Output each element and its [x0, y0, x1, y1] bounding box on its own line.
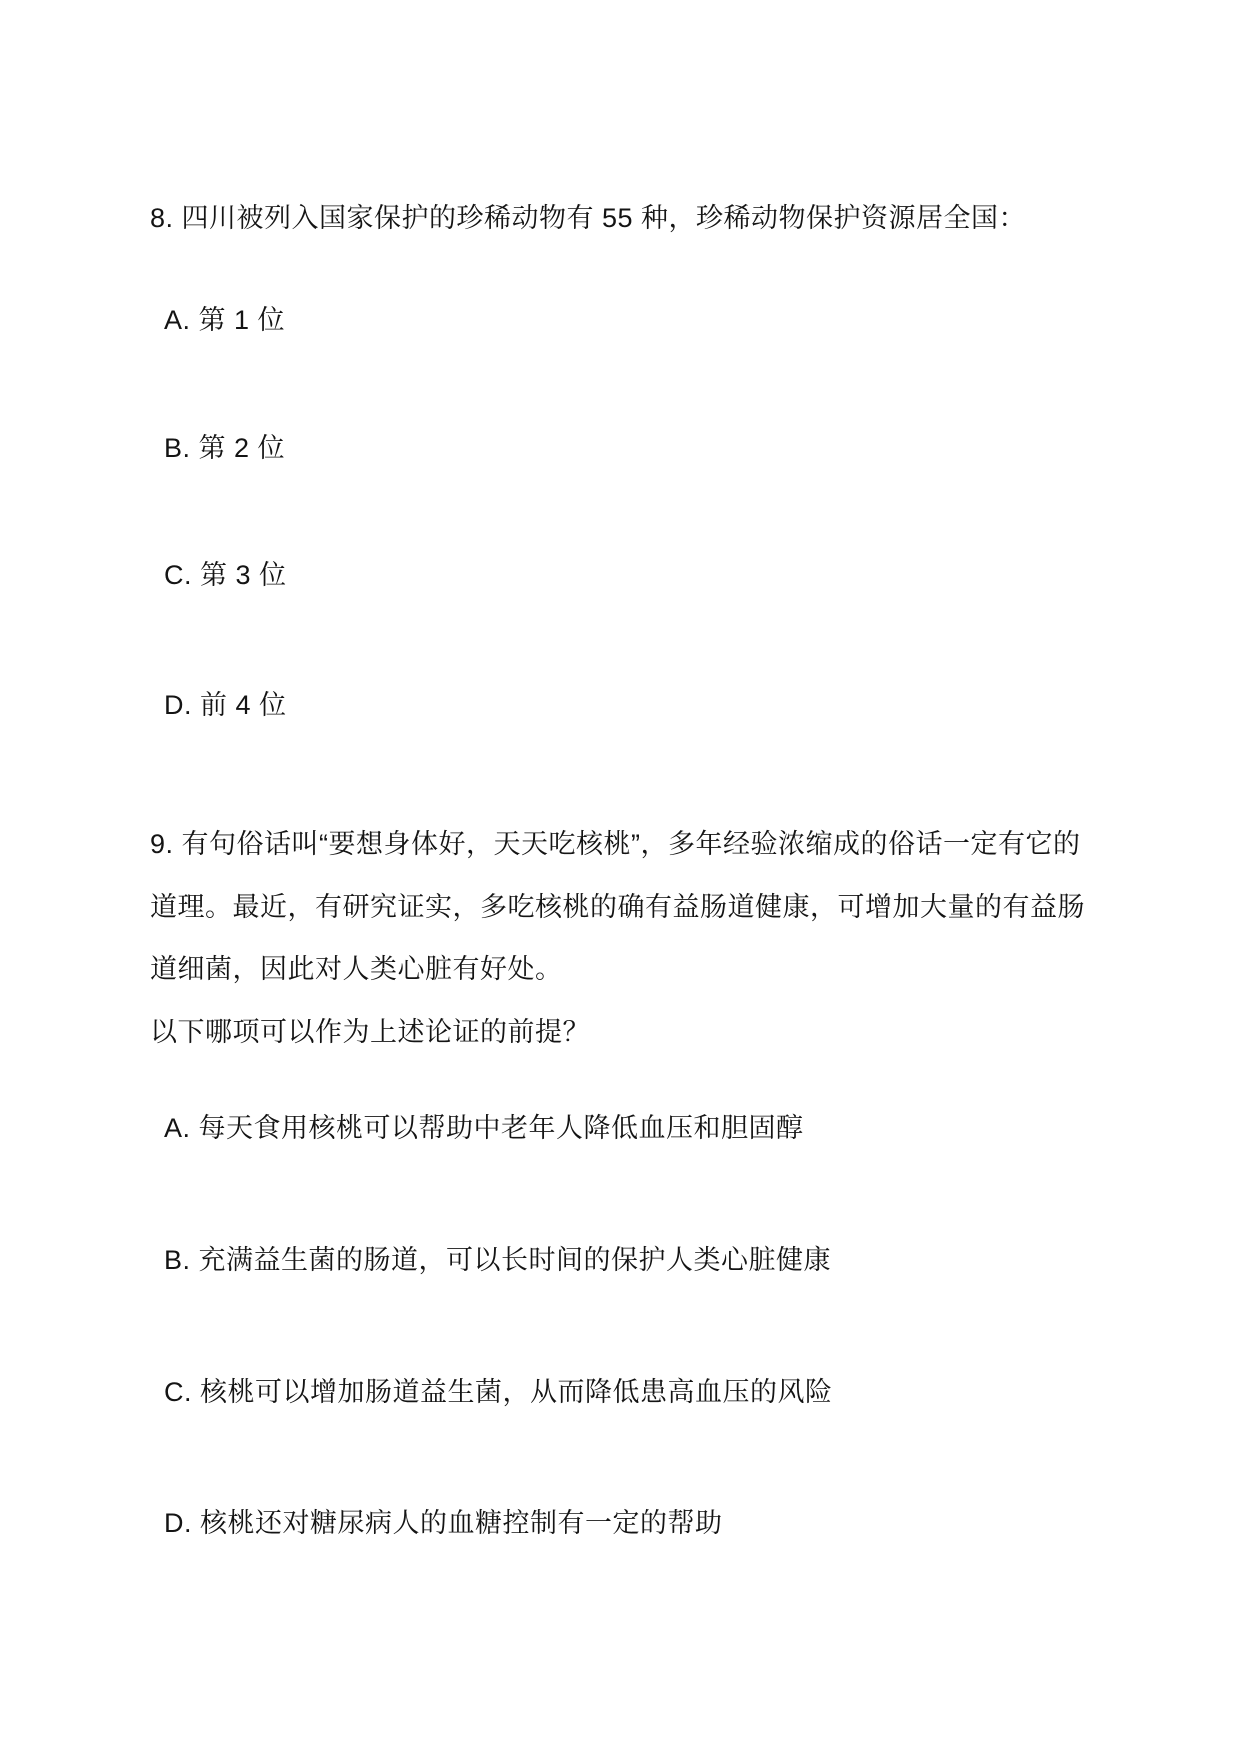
question-9-stem-line-2: 道理。最近，有研究证实，多吃核桃的确有益肠道健康，可增加大量的有益肠 — [150, 891, 1085, 923]
question-9-stem-line-1: 9. 有句俗话叫“要想身体好，天天吃核桃”，多年经验浓缩成的俗话一定有它的 — [150, 828, 1081, 860]
question-8-option-b: B. 第 2 位 — [164, 432, 285, 464]
question-9-option-b: B. 充满益生菌的肠道，可以长时间的保护人类心脏健康 — [164, 1244, 831, 1276]
question-8-option-d: D. 前 4 位 — [164, 689, 287, 721]
question-9-option-c: C. 核桃可以增加肠道益生菌，从而降低患高血压的风险 — [164, 1376, 833, 1408]
question-8-option-a: A. 第 1 位 — [164, 304, 285, 336]
question-9-prompt-line: 以下哪项可以作为上述论证的前提？ — [150, 1016, 590, 1048]
question-9-stem-line-3: 道细菌，因此对人类心脏有好处。 — [150, 953, 563, 985]
question-9-option-a: A. 每天食用核桃可以帮助中老年人降低血压和胆固醇 — [164, 1112, 804, 1144]
question-8-option-c: C. 第 3 位 — [164, 559, 287, 591]
question-8-stem: 8. 四川被列入国家保护的珍稀动物有 55 种，珍稀动物保护资源居全国： — [150, 202, 1026, 234]
question-9-option-d: D. 核桃还对糖尿病人的血糖控制有一定的帮助 — [164, 1507, 723, 1539]
document-page: 8. 四川被列入国家保护的珍稀动物有 55 种，珍稀动物保护资源居全国： A. … — [0, 0, 1240, 1753]
